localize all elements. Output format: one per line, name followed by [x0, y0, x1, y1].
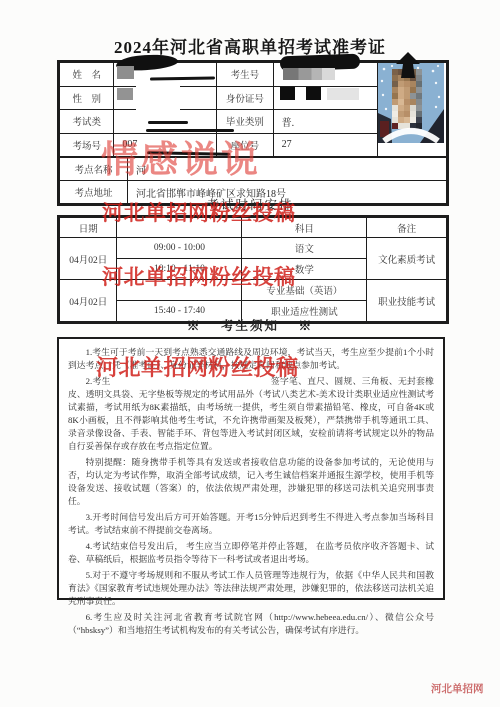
gender-redaction-square [117, 88, 133, 100]
date-cell: 04月02日 [60, 238, 117, 280]
gender-label: 性 别 [60, 86, 114, 110]
subject-cell: 专业基础（英语） [242, 280, 367, 301]
id-no-label: 身份证号 [217, 86, 273, 110]
notice-paragraph: 1.考生可于考前一天到考点熟悉交通路线及周边环境，考试当天，考生应至少提前1个小… [68, 346, 434, 372]
notice-paragraph: 3.开考时间信号发出后方可开始答题。开考15分钟后迟到考生不得进入考点参加当场科… [68, 511, 434, 537]
notice-paragraph: 4.考试结束信号发出后， 考生应当立即停笔并停止答题， 在监考员依序收齐答题卡、… [68, 540, 434, 566]
notice-paragraph: 2.考生签字笔、直尺、圆规、三角板、无封套橡皮、透明文具袋、无字垫板等规定的考试… [68, 375, 434, 453]
schedule-header-row: 日期 科目 备注 [60, 218, 447, 238]
admission-ticket-page: 2024年河北省高职单招考试准考证 姓 名 考生号 [0, 0, 500, 707]
redaction-stroke [146, 129, 234, 132]
col-subject: 科目 [242, 218, 367, 238]
id-redaction-light [327, 88, 359, 100]
time-cell: 10:10 - 11:10 [117, 259, 242, 280]
notice-section-title: ※ 考生须知 ※ [0, 316, 500, 334]
notice-paragraph: 特别提醒：随身携带手机等具有发送或者接收信息功能的设备参加考试的，无论使用与否，… [68, 456, 434, 508]
candidate-no-label: 考生号 [217, 63, 273, 87]
subject-cell: 数学 [242, 259, 367, 280]
schedule-section-title: 考试时间安排 [0, 195, 500, 213]
notice-box: 1.考生可于考前一天到考点熟悉交通路线及周边环境，考试当天，考生应至少提前1个小… [57, 337, 445, 600]
exam-category-label: 考试类 [60, 110, 114, 134]
schedule-table: 日期 科目 备注 04月02日 09:00 - 10:00 语文 文化素质考试 … [57, 215, 449, 324]
schedule-row: 04月02日 专业基础（英语） 职业技能考试 [60, 280, 447, 301]
candidate-info-table: 姓 名 考生号 [57, 60, 449, 206]
name-label: 姓 名 [60, 63, 114, 87]
covered-text-gap [111, 383, 271, 384]
note-cell: 文化素质考试 [367, 238, 447, 280]
col-time [117, 218, 242, 238]
schedule-row: 04月02日 09:00 - 10:00 语文 文化素质考试 [60, 238, 447, 259]
time-cell: 09:00 - 10:00 [117, 238, 242, 259]
notice-p2-rest: 签字笔、直尺、圆规、三角板、无封套橡皮、透明文具袋、无字垫板等规定的考试用品外（… [68, 376, 434, 451]
site-name-value: 河 [128, 158, 447, 181]
id-redaction-block [306, 87, 321, 100]
notice-paragraph: 6.考生应及时关注河北省教育考试院官网（http://www.hebeea.ed… [68, 611, 434, 637]
notice-paragraph: 5.对于不遵守考场规则和不服从考试工作人员管理等违规行为，依据《中华人民共和国教… [68, 569, 434, 608]
candidate-no-redaction-pixels [283, 68, 335, 80]
watermark-footer: 河北单招网 [431, 681, 484, 696]
table-row: 考点名称 河 [60, 158, 447, 181]
site-name-label: 考点名称 [60, 158, 128, 181]
notice-p2-prefix: 2.考生 [86, 376, 111, 386]
name-redaction-square [117, 66, 134, 79]
whiteout-redaction [136, 63, 180, 125]
seat-no-value: 27 [273, 133, 378, 157]
subject-cell: 语文 [242, 238, 367, 259]
col-note: 备注 [367, 218, 447, 238]
redaction-stroke [148, 121, 188, 124]
time-cell [117, 280, 242, 301]
exam-title: 2024年河北省高职单招考试准考证 [0, 33, 500, 58]
id-redaction-block [280, 87, 295, 100]
room-no-label: 考场号 [60, 133, 114, 157]
col-date: 日期 [60, 218, 117, 238]
graduation-value: 普. [273, 110, 378, 134]
arrow-up-annotation-icon [393, 52, 423, 83]
